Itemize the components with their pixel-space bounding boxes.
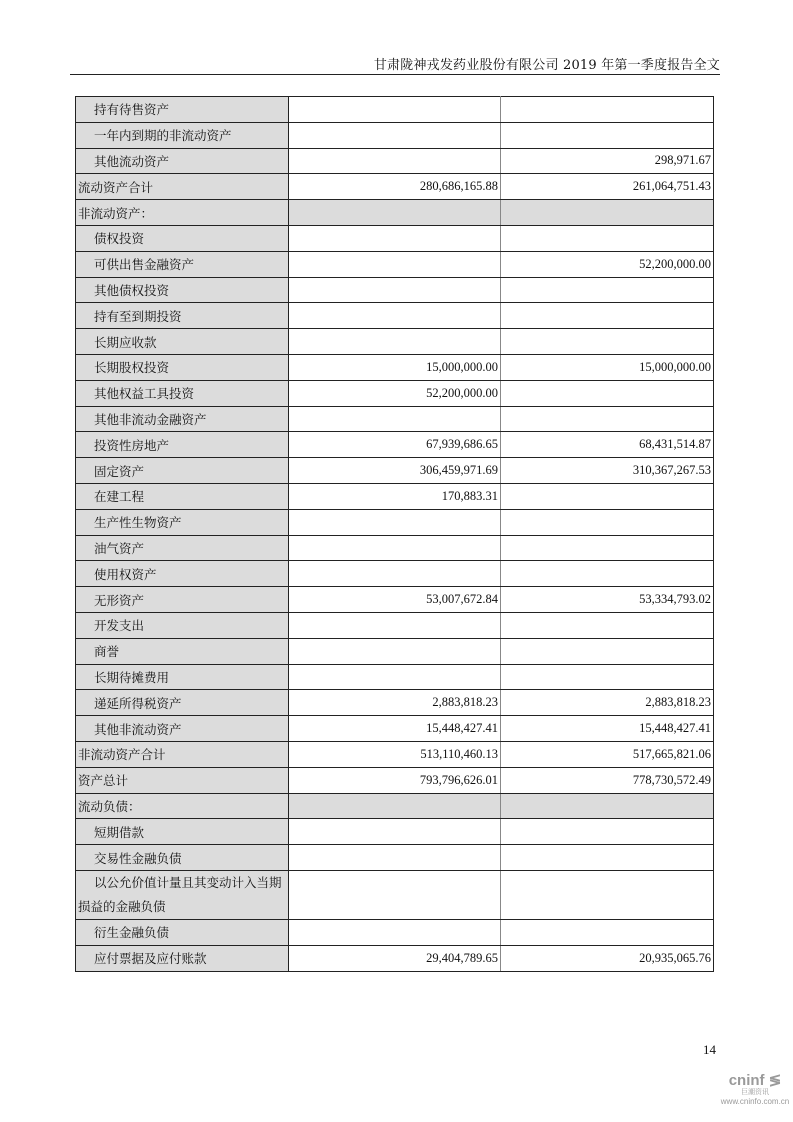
prior-period-value (501, 277, 714, 303)
prior-period-value (501, 638, 714, 664)
prior-period-value: 53,334,793.02 (501, 587, 714, 613)
prior-period-value (501, 303, 714, 329)
prior-period-value (501, 97, 714, 123)
current-period-value (289, 122, 501, 148)
table-row: 其他权益工具投资52,200,000.00 (76, 380, 714, 406)
prior-period-value: 20,935,065.76 (501, 945, 714, 971)
table-row: 一年内到期的非流动资产 (76, 122, 714, 148)
logo-url: www.cninfo.com.cn (720, 1097, 790, 1107)
row-label: 其他权益工具投资 (76, 380, 289, 406)
current-period-value (289, 303, 501, 329)
row-label: 应付票据及应付账款 (76, 945, 289, 971)
row-label: 流动资产合计 (76, 174, 289, 200)
logo-wordmark: cninf ≶ (720, 1073, 790, 1088)
row-label: 固定资产 (76, 458, 289, 484)
row-label: 非流动资产合计 (76, 741, 289, 767)
logo-swirl-icon: ≶ (765, 1072, 782, 1089)
table-row: 其他非流动资产15,448,427.4115,448,427.41 (76, 716, 714, 742)
prior-period-value: 517,665,821.06 (501, 741, 714, 767)
row-label: 递延所得税资产 (76, 690, 289, 716)
current-period-value: 29,404,789.65 (289, 945, 501, 971)
row-label: 其他非流动资产 (76, 716, 289, 742)
row-label: 流动负债： (76, 793, 289, 819)
row-label-line2: 损益的金融负债 (78, 895, 288, 919)
table-row: 长期股权投资15,000,000.0015,000,000.00 (76, 354, 714, 380)
row-label: 长期待摊费用 (76, 664, 289, 690)
table-row: 可供出售金融资产52,200,000.00 (76, 251, 714, 277)
prior-period-value (501, 483, 714, 509)
prior-period-value (501, 535, 714, 561)
row-label: 长期股权投资 (76, 354, 289, 380)
current-period-value: 15,448,427.41 (289, 716, 501, 742)
current-period-value (289, 845, 501, 871)
table-row: 流动负债： (76, 793, 714, 819)
current-period-value (289, 97, 501, 123)
table-row: 长期待摊费用 (76, 664, 714, 690)
table-row: 在建工程170,883.31 (76, 483, 714, 509)
prior-period-value: 778,730,572.49 (501, 767, 714, 793)
prior-period-value (501, 793, 714, 819)
table-row: 债权投资 (76, 225, 714, 251)
current-period-value (289, 509, 501, 535)
current-period-value: 280,686,165.88 (289, 174, 501, 200)
prior-period-value (501, 200, 714, 226)
table-row: 长期应收款 (76, 329, 714, 355)
prior-period-value (501, 561, 714, 587)
prior-period-value: 15,448,427.41 (501, 716, 714, 742)
table-row: 无形资产53,007,672.8453,334,793.02 (76, 587, 714, 613)
prior-period-value: 15,000,000.00 (501, 354, 714, 380)
current-period-value: 513,110,460.13 (289, 741, 501, 767)
prior-period-value (501, 845, 714, 871)
current-period-value (289, 638, 501, 664)
table-row: 生产性生物资产 (76, 509, 714, 535)
current-period-value: 15,000,000.00 (289, 354, 501, 380)
balance-sheet-table: 持有待售资产一年内到期的非流动资产其他流动资产298,971.67流动资产合计2… (75, 96, 714, 972)
table-row: 衍生金融负债 (76, 919, 714, 945)
logo-subtitle: 巨潮资讯 (720, 1088, 790, 1097)
table-row: 持有待售资产 (76, 97, 714, 123)
prior-period-value (501, 612, 714, 638)
row-label: 生产性生物资产 (76, 509, 289, 535)
row-label: 开发支出 (76, 612, 289, 638)
table-row: 使用权资产 (76, 561, 714, 587)
current-period-value (289, 148, 501, 174)
table-row: 递延所得税资产2,883,818.232,883,818.23 (76, 690, 714, 716)
current-period-value (289, 561, 501, 587)
prior-period-value (501, 870, 714, 919)
table-row: 短期借款 (76, 819, 714, 845)
row-label: 非流动资产： (76, 200, 289, 226)
current-period-value (289, 793, 501, 819)
table-row: 商誉 (76, 638, 714, 664)
prior-period-value: 310,367,267.53 (501, 458, 714, 484)
row-label: 商誉 (76, 638, 289, 664)
prior-period-value: 298,971.67 (501, 148, 714, 174)
current-period-value: 53,007,672.84 (289, 587, 501, 613)
table-row: 流动资产合计280,686,165.88261,064,751.43 (76, 174, 714, 200)
table-row: 开发支出 (76, 612, 714, 638)
table-row: 应付票据及应付账款29,404,789.6520,935,065.76 (76, 945, 714, 971)
row-label: 交易性金融负债 (76, 845, 289, 871)
prior-period-value (501, 509, 714, 535)
row-label: 油气资产 (76, 535, 289, 561)
row-label: 使用权资产 (76, 561, 289, 587)
prior-period-value (501, 819, 714, 845)
current-period-value (289, 406, 501, 432)
prior-period-value: 68,431,514.87 (501, 432, 714, 458)
table-row: 交易性金融负债 (76, 845, 714, 871)
row-label: 以公允价值计量且其变动计入当期损益的金融负债 (76, 870, 289, 919)
current-period-value (289, 277, 501, 303)
prior-period-value (501, 122, 714, 148)
row-label: 持有待售资产 (76, 97, 289, 123)
row-label: 资产总计 (76, 767, 289, 793)
table-row: 其他债权投资 (76, 277, 714, 303)
current-period-value (289, 251, 501, 277)
current-period-value: 52,200,000.00 (289, 380, 501, 406)
current-period-value: 2,883,818.23 (289, 690, 501, 716)
table-row: 其他流动资产298,971.67 (76, 148, 714, 174)
prior-period-value (501, 406, 714, 432)
cninfo-logo: cninf ≶ 巨潮资讯 www.cninfo.com.cn (720, 1073, 790, 1107)
table-row: 固定资产306,459,971.69310,367,267.53 (76, 458, 714, 484)
row-label: 短期借款 (76, 819, 289, 845)
table-row: 投资性房地产67,939,686.6568,431,514.87 (76, 432, 714, 458)
current-period-value (289, 535, 501, 561)
row-label: 长期应收款 (76, 329, 289, 355)
table-row: 持有至到期投资 (76, 303, 714, 329)
row-label: 其他流动资产 (76, 148, 289, 174)
row-label: 投资性房地产 (76, 432, 289, 458)
current-period-value (289, 919, 501, 945)
row-label: 在建工程 (76, 483, 289, 509)
prior-period-value (501, 919, 714, 945)
row-label: 债权投资 (76, 225, 289, 251)
current-period-value: 170,883.31 (289, 483, 501, 509)
current-period-value (289, 819, 501, 845)
prior-period-value (501, 380, 714, 406)
row-label: 其他非流动金融资产 (76, 406, 289, 432)
table-row: 其他非流动金融资产 (76, 406, 714, 432)
table-row: 以公允价值计量且其变动计入当期损益的金融负债 (76, 870, 714, 919)
prior-period-value: 52,200,000.00 (501, 251, 714, 277)
prior-period-value (501, 664, 714, 690)
row-label: 其他债权投资 (76, 277, 289, 303)
current-period-value (289, 870, 501, 919)
current-period-value (289, 329, 501, 355)
row-label: 无形资产 (76, 587, 289, 613)
table-row: 资产总计793,796,626.01778,730,572.49 (76, 767, 714, 793)
row-label: 可供出售金融资产 (76, 251, 289, 277)
current-period-value: 306,459,971.69 (289, 458, 501, 484)
prior-period-value: 2,883,818.23 (501, 690, 714, 716)
row-label: 衍生金融负债 (76, 919, 289, 945)
table-row: 非流动资产： (76, 200, 714, 226)
current-period-value (289, 225, 501, 251)
page-header: 甘肃陇神戎发药业股份有限公司 2019 年第一季度报告全文 (70, 52, 720, 75)
document-title: 甘肃陇神戎发药业股份有限公司 2019 年第一季度报告全文 (374, 54, 720, 73)
prior-period-value (501, 225, 714, 251)
row-label-line1: 以公允价值计量且其变动计入当期 (78, 871, 288, 895)
current-period-value: 67,939,686.65 (289, 432, 501, 458)
prior-period-value: 261,064,751.43 (501, 174, 714, 200)
prior-period-value (501, 329, 714, 355)
row-label: 一年内到期的非流动资产 (76, 122, 289, 148)
current-period-value: 793,796,626.01 (289, 767, 501, 793)
table-row: 油气资产 (76, 535, 714, 561)
current-period-value (289, 612, 501, 638)
current-period-value (289, 664, 501, 690)
current-period-value (289, 200, 501, 226)
page-number: 14 (703, 1042, 716, 1058)
table-row: 非流动资产合计513,110,460.13517,665,821.06 (76, 741, 714, 767)
row-label: 持有至到期投资 (76, 303, 289, 329)
